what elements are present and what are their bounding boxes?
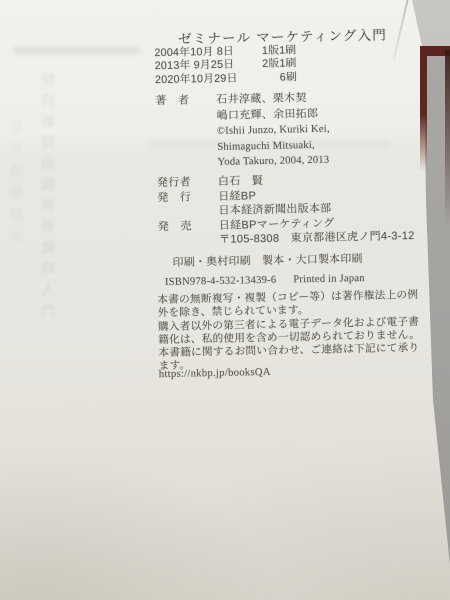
print-edition: 6刷 — [251, 71, 297, 85]
spacer — [158, 233, 219, 249]
publication-block: 発行者 白石 賢 発 行 日経BP 日本経済新聞出版本部 発 売 日経BPマーケ… — [157, 171, 415, 249]
bleedthrough-ghost-text: 世界情勢経済 — [8, 120, 27, 252]
author-label: 著 者 — [155, 93, 218, 172]
publisher-name: 白石 賢 — [218, 174, 263, 189]
isbn-row: ISBN978-4-532-13439-6 Printed in Japan — [165, 273, 365, 288]
publisher-address: 〒105-8308 東京都港区虎ノ門4-3-12 — [219, 229, 415, 247]
colophon-text-block: ゼミナール マーケティング入門 2004年10月 8日 1版1刷 2013年 9… — [152, 22, 444, 388]
book-cover-edge-right — [445, 50, 450, 228]
print-date: 2020年10月29日 — [155, 72, 251, 87]
distributor-label: 発 売 — [158, 218, 219, 234]
bleedthrough-ghost-text: 経済新聞出版世界戦略入門 — [38, 72, 58, 324]
spacer — [157, 204, 218, 220]
printed-in-japan: Printed in Japan — [293, 273, 365, 285]
copyright-line3: Yoda Takuro, 2004, 2013 — [217, 153, 330, 171]
printing-binding-line: 印刷・奥村印刷 製本・大口製本印刷 — [172, 250, 363, 270]
print-history: 2004年10月 8日 1版1刷 2013年 9月25日 2版1刷 2020年1… — [154, 44, 297, 87]
author-block: 著 者 石井淳蔵、栗木契 嶋口充輝、余田拓郎 ©Ishii Junzo, Kur… — [155, 91, 330, 172]
author-names: 石井淳蔵、栗木契 嶋口充輝、余田拓郎 ©Ishii Junzo, Kuriki … — [216, 91, 330, 171]
issuer-name: 日経BP — [218, 189, 256, 204]
print-history-row: 2020年10月29日 6刷 — [155, 71, 297, 87]
issuer-label: 発 行 — [157, 189, 218, 205]
print-edition: 2版1刷 — [251, 58, 297, 72]
copyright-notice: 本書の無断複写・複製（コピー等）は著作権法上の例 外を除き、禁じられています。 … — [157, 289, 421, 374]
bleedthrough-smudge — [14, 47, 139, 54]
publisher-label: 発行者 — [157, 175, 218, 191]
isbn-number: ISBN978-4-532-13439-6 — [165, 275, 277, 288]
contact-url: https://nkbp.jp/booksQA — [159, 367, 271, 380]
